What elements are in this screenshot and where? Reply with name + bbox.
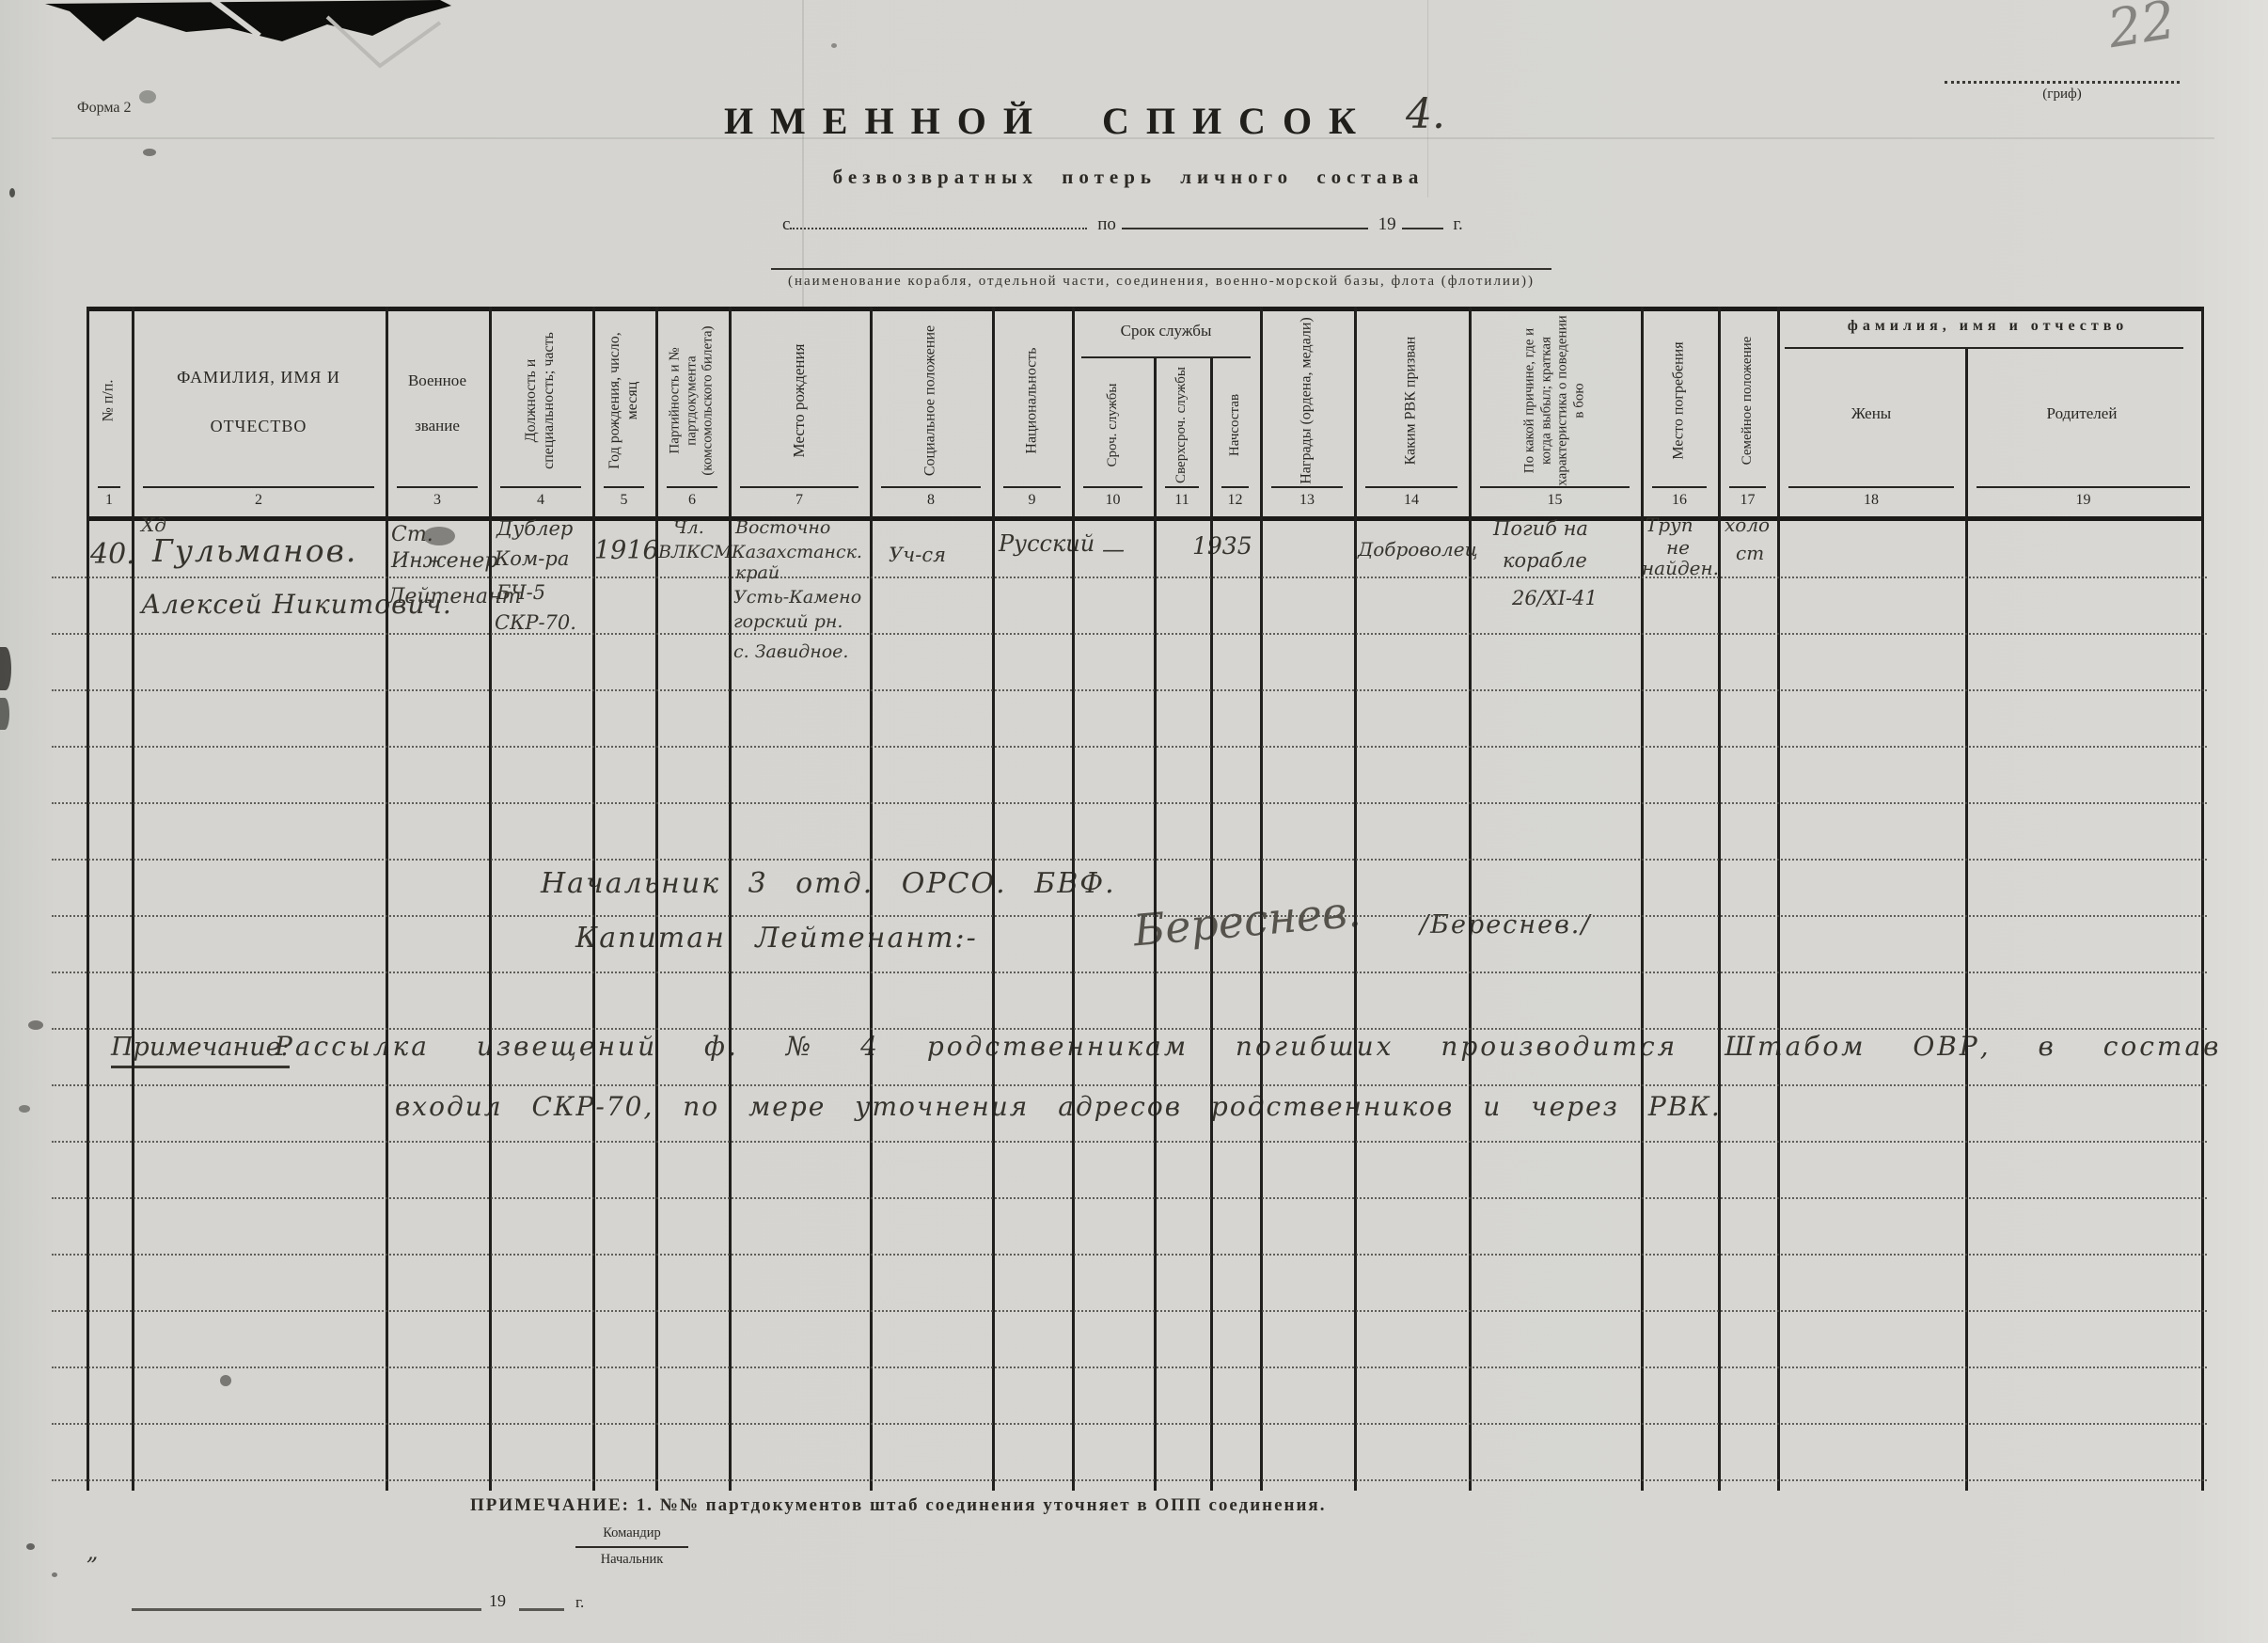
ink-stain	[28, 1020, 43, 1030]
date-to-label: по	[1097, 214, 1116, 234]
table-column-line	[1210, 358, 1213, 1491]
date-year-prefix: 19	[1378, 214, 1396, 234]
date-year-blank	[1402, 211, 1443, 229]
column-number: 1	[87, 492, 132, 509]
table-column-line	[1777, 307, 1780, 1491]
column-number: 10	[1072, 492, 1154, 509]
column-number-separator	[1729, 486, 1766, 488]
entry-cause-of-loss: корабле	[1503, 549, 1587, 572]
col-header-command-staff: Начсостав	[1210, 360, 1260, 489]
entry-birth-year: 1916	[594, 536, 659, 565]
footer-date-blank	[132, 1608, 481, 1611]
column-number: 13	[1260, 492, 1354, 509]
date-year-suffix: г.	[1453, 214, 1462, 234]
table-row-dotted-line	[52, 1084, 2207, 1086]
col-header-full-name: ФАМИЛИЯ, ИМЯ И ОТЧЕСТВО	[132, 313, 386, 488]
table-column-line	[1718, 307, 1721, 1491]
col-header-birth-year: Год рождения, число, месяц	[592, 313, 655, 488]
col-header-birthplace: Место рождения	[729, 313, 870, 488]
entry-row-number: 40.	[90, 538, 135, 571]
table-row-dotted-line	[52, 1141, 2207, 1143]
entry-family-status: ст	[1736, 542, 1764, 564]
table-row-dotted-line	[52, 1310, 2207, 1312]
column-number: 17	[1718, 492, 1777, 509]
entry-birthplace: с. Завидное.	[733, 641, 848, 662]
footer-year-blank	[519, 1608, 564, 1611]
table-row-dotted-line	[52, 802, 2207, 804]
entry-drafted-by: Доброволец	[1358, 538, 1478, 561]
col-header-regular-service: Сроч. службы	[1072, 360, 1154, 489]
table-row-dotted-line	[52, 577, 2207, 578]
ink-stain	[52, 1572, 57, 1577]
date-range-line: с по 19 г.	[782, 211, 1463, 235]
note-label: Примечание:	[111, 1033, 290, 1068]
column-number: 9	[992, 492, 1072, 509]
table-column-line	[1965, 349, 1968, 1491]
table-column-line	[1072, 307, 1075, 1491]
footer-quote-mark: „	[87, 1539, 98, 1565]
entry-burial-place: Труп	[1646, 513, 1693, 536]
column-number-separator	[500, 486, 581, 488]
ink-stain	[831, 43, 837, 48]
table-row-dotted-line	[52, 1028, 2207, 1030]
table-row-dotted-line	[52, 972, 2207, 973]
col-header-social-status: Социальное положение	[870, 313, 992, 488]
unit-fill-line	[771, 268, 1551, 270]
table-column-line	[2201, 307, 2204, 1491]
page-subtitle: безвозвратных потерь личного состава	[757, 166, 1500, 189]
col-header-military-rank: Военное звание	[386, 313, 489, 488]
commander-chief-block: Командир Начальник	[575, 1525, 688, 1568]
footer-printed-note: ПРИМЕЧАНИЕ: 1. №№ партдокументов штаб со…	[470, 1495, 1326, 1516]
column-number: 15	[1469, 492, 1641, 509]
table-row-dotted-line	[52, 1367, 2207, 1368]
column-number-separator	[1977, 486, 2190, 488]
column-number-separator	[397, 486, 478, 488]
table-column-line	[132, 307, 134, 1491]
column-number-separator	[881, 486, 981, 488]
group-family-underline	[1785, 347, 2183, 349]
entry-birthplace: Казахстанск.	[732, 542, 862, 562]
column-number: 18	[1777, 492, 1965, 509]
column-number-separator	[740, 486, 858, 488]
ink-stain	[143, 149, 156, 156]
ink-stain	[19, 1105, 30, 1113]
table-row-dotted-line	[52, 689, 2207, 691]
ink-stain	[0, 698, 9, 730]
table-row-dotted-line	[52, 1423, 2207, 1425]
table-row-dotted-line	[52, 1197, 2207, 1199]
table-row-dotted-line	[52, 633, 2207, 635]
col-header-awards: Награды (ордена, медали)	[1260, 313, 1354, 488]
page-number-pencil: 22	[2103, 0, 2180, 60]
ink-stain	[139, 90, 156, 103]
entry-family-status: холо	[1725, 513, 1770, 536]
column-number-separator	[143, 486, 374, 488]
entry-party: ВЛКСМ	[658, 542, 732, 562]
entry-cause-of-loss: 26/XI-41	[1512, 587, 1598, 609]
table-row-dotted-line	[52, 915, 2207, 917]
entry-rank: Инженер	[391, 549, 497, 573]
column-number: 12	[1210, 492, 1260, 509]
column-number: 8	[870, 492, 992, 509]
ink-stain	[9, 188, 15, 197]
column-number-separator	[667, 486, 717, 488]
group-header-service-term: Срок службы	[1072, 322, 1260, 340]
ink-stain	[0, 647, 11, 690]
column-number-separator	[604, 486, 644, 488]
col-header-position: Должность и специальность; часть	[489, 313, 592, 488]
col-header-parents: Родителей	[1965, 376, 2198, 461]
chief-label: Начальник	[575, 1548, 688, 1568]
table-column-line	[1354, 307, 1357, 1491]
table-column-line	[729, 307, 732, 1491]
entry-birthplace: горский рн.	[733, 611, 843, 632]
column-number-separator	[1271, 486, 1343, 488]
entry-rank: Ст.	[391, 523, 433, 546]
ink-stain	[220, 1375, 231, 1386]
torn-corner-stain	[45, 0, 487, 85]
grif-line	[1945, 81, 2180, 84]
column-number: 14	[1354, 492, 1469, 509]
note-line1: Рассылка извещений ф. № 4 родственникам …	[275, 1031, 2268, 1062]
entry-nationality: Русский	[999, 530, 1095, 557]
footer-year-suffix: г.	[575, 1593, 584, 1612]
column-number-separator	[98, 486, 120, 488]
column-number: 2	[132, 492, 386, 509]
column-number: 19	[1965, 492, 2201, 509]
entry-birthplace: Усть-Камено	[733, 587, 861, 608]
table-column-line	[1641, 307, 1644, 1491]
page-title: ИМЕННОЙ СПИСОК	[701, 99, 1396, 143]
table-header-bottom-border	[87, 516, 2201, 521]
column-number-separator	[1083, 486, 1142, 488]
column-number: 4	[489, 492, 592, 509]
table-column-line	[1154, 358, 1157, 1491]
table-column-line	[1260, 307, 1263, 1491]
title-number-handwritten: 4.	[1406, 90, 1445, 138]
table-top-border	[87, 307, 2201, 311]
entry-position: Дублер	[496, 517, 573, 540]
table-column-line	[1469, 307, 1472, 1491]
form-number-label: Форма 2	[77, 100, 132, 117]
entry-position: БЧ-5	[496, 581, 545, 604]
table-column-line	[655, 307, 658, 1491]
entry-position: Ком-ра	[495, 547, 569, 570]
table-row-dotted-line	[52, 1479, 2207, 1481]
signature-line2: Капитан Лейтенант:-	[575, 922, 978, 955]
table-column-line	[489, 307, 492, 1491]
signature-autograph: Береснев.	[1131, 886, 1362, 956]
entry-birthplace: Восточно	[735, 517, 830, 538]
entry-service-dash: —	[1102, 536, 1125, 562]
col-header-cause-of-loss: По какой причине, где и когда выбыл; кра…	[1469, 313, 1641, 488]
table-row-dotted-line	[52, 859, 2207, 861]
entry-enlisted-year: 1935	[1192, 532, 1252, 560]
entry-position: СКР-70.	[495, 611, 576, 634]
fold-crease-vertical	[802, 0, 804, 307]
column-number-separator	[1221, 486, 1249, 488]
date-to-blank	[1122, 211, 1368, 229]
entry-burial-place: не	[1666, 536, 1690, 559]
column-number: 6	[655, 492, 729, 509]
date-from-label: с	[782, 214, 790, 234]
column-number: 11	[1154, 492, 1210, 509]
scanned-form-page: Форма 2 22 (гриф) ИМЕННОЙ СПИСОК 4. безв…	[0, 0, 2268, 1643]
column-number-separator	[1652, 486, 1707, 488]
group-header-family-names: фамилия, имя и отчество	[1777, 318, 2198, 335]
column-number: 16	[1641, 492, 1718, 509]
column-number: 3	[386, 492, 489, 509]
entry-cause-of-loss: Погиб на	[1493, 517, 1588, 540]
entry-birthplace: край	[735, 562, 780, 583]
date-from-blank	[790, 211, 1087, 229]
entry-party: Чл.	[673, 517, 704, 538]
column-number: 5	[592, 492, 655, 509]
signature-line1: Начальник 3 отд. ОРСО. БВФ.	[541, 867, 1116, 900]
col-header-party-membership: Партийность и № партдокумента (комсомоль…	[655, 313, 729, 488]
table-column-line	[87, 307, 89, 1491]
entry-social-status: Уч-ся	[889, 544, 946, 566]
col-header-row-number: № п/п.	[87, 313, 132, 488]
group-service-term-underline	[1081, 356, 1251, 358]
table-column-line	[386, 307, 388, 1491]
column-number-separator	[1788, 486, 1954, 488]
column-number-separator	[1365, 486, 1457, 488]
entry-surname: Гульманов.	[152, 532, 357, 569]
column-number: 7	[729, 492, 870, 509]
grif-caption: (гриф)	[1945, 87, 2180, 103]
table-column-line	[592, 307, 595, 1491]
col-header-wife: Жены	[1777, 376, 1965, 461]
table-row-dotted-line	[52, 1254, 2207, 1256]
col-header-burial-place: Место погребения	[1641, 313, 1718, 488]
column-number-separator	[1003, 486, 1061, 488]
footer-year-prefix: 19	[489, 1591, 506, 1611]
table-column-line	[992, 307, 995, 1491]
col-header-family-status: Семейное положение	[1718, 313, 1777, 488]
col-header-drafted-by: Каким РВК призван	[1354, 313, 1469, 488]
unit-caption: (наименование корабля, отдельной части, …	[729, 274, 1594, 290]
col-header-extended-service: Сверхсроч. службы	[1154, 360, 1210, 489]
commander-label: Командир	[575, 1525, 688, 1548]
table-column-line	[870, 307, 873, 1491]
column-number-separator	[1480, 486, 1630, 488]
table-row-dotted-line	[52, 746, 2207, 748]
col-header-nationality: Национальность	[992, 313, 1072, 488]
ink-stain	[26, 1543, 35, 1550]
column-number-separator	[1165, 486, 1199, 488]
